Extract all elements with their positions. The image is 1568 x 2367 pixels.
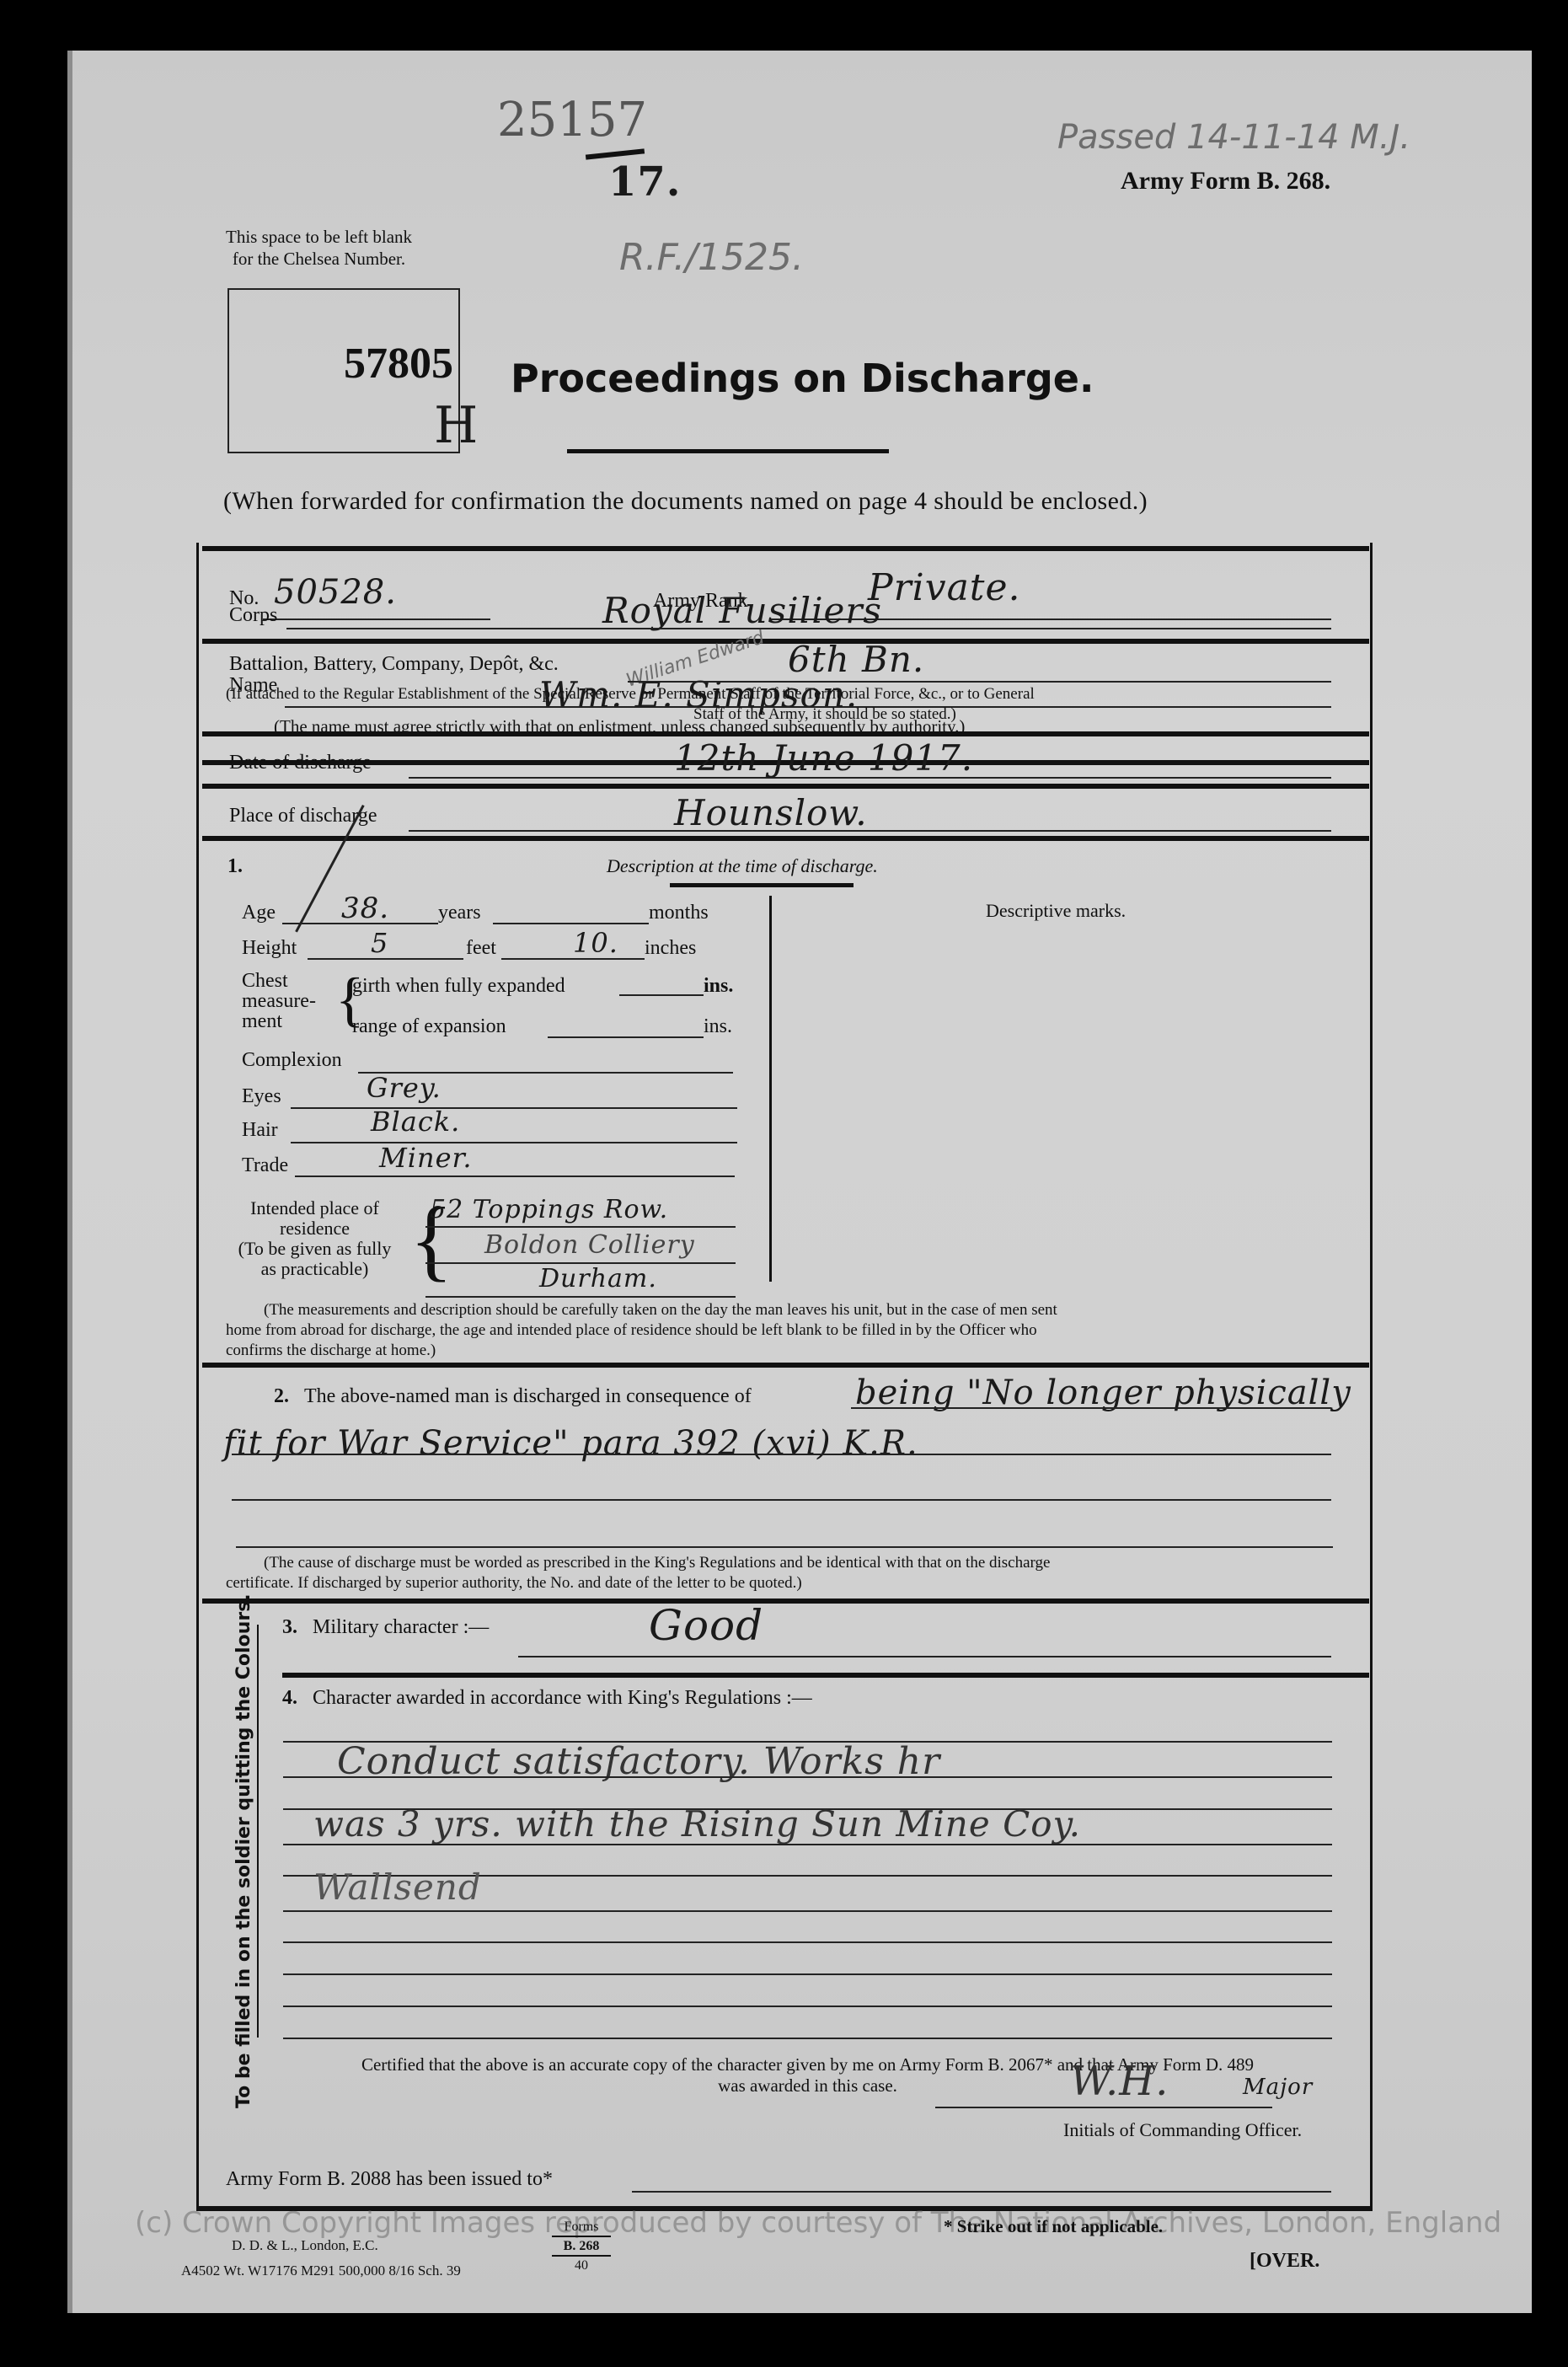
rule-after-description [202, 1363, 1369, 1368]
complexion-label: Complexion [242, 1049, 342, 1072]
reference-number-top: 25157 [497, 93, 647, 147]
residence-line3 [425, 1296, 736, 1298]
rule-after-place [202, 836, 1369, 841]
forms-number: B. 268 [552, 2236, 611, 2257]
inches-label: inches [645, 937, 696, 960]
hair-label: Hair [242, 1119, 278, 1142]
section-2-label: 2.The above-named man is discharged in c… [274, 1385, 752, 1408]
range-line [548, 1036, 704, 1038]
range-ins-label: ins. [704, 1015, 732, 1038]
battalion-note: (If attached to the Regular Establishmen… [226, 684, 1035, 725]
range-label: range of expansion [352, 1015, 506, 1038]
hair-value: Black. [371, 1106, 460, 1138]
description-note-line2: home from abroad for discharge, the age … [226, 1320, 1057, 1341]
battalion-note-line2: Staff of the Army, it should be so state… [226, 704, 1035, 725]
description-note-line1: (The measurements and description should… [226, 1300, 1057, 1320]
residence-line2-value: Boldon Colliery [484, 1230, 695, 1260]
forwarding-instruction: (When forwarded for confirmation the doc… [223, 487, 1148, 516]
cause-line2 [232, 1454, 1331, 1455]
residence-label-line1: Intended place of [224, 1198, 405, 1218]
height-label: Height [242, 937, 297, 960]
months-label: months [649, 902, 709, 924]
corps-line [286, 628, 1331, 629]
girth-label: girth when fully expanded [352, 975, 565, 998]
section-1-number: 1. [227, 855, 243, 878]
residence-label-line3: (To be given as fully [224, 1239, 405, 1259]
cause-label: The above-named man is discharged in con… [304, 1385, 752, 1407]
residence-label: Intended place of residence (To be given… [224, 1198, 405, 1279]
army-rank-value: Private. [868, 566, 1021, 609]
years-label: years [438, 902, 481, 924]
discharge-place-value: Hounslow. [674, 792, 868, 833]
height-feet-value: 5 [371, 927, 388, 959]
corps-value: Royal Fusiliers [602, 590, 882, 631]
chest-label-line2: measure- [242, 991, 316, 1011]
trade-value: Miner. [379, 1142, 473, 1174]
eyes-label: Eyes [242, 1085, 281, 1108]
printer-imprint: D. D. & L., London, E.C. A4502 Wt. W1717… [181, 2233, 461, 2284]
strike-note: * Strike out if not applicable. [944, 2216, 1163, 2237]
description-column-divider [769, 896, 772, 1282]
age-months-line [493, 923, 649, 924]
residence-line1 [425, 1226, 736, 1228]
page-title: Proceedings on Discharge. [511, 356, 1094, 401]
printer-line2: A4502 Wt. W17176 M291 500,000 8/16 Sch. … [181, 2258, 461, 2284]
eyes-value: Grey. [367, 1072, 442, 1104]
feet-label: feet [466, 937, 496, 960]
form-frame-lower [196, 1601, 1373, 2208]
printer-line1: D. D. & L., London, E.C. [181, 2233, 461, 2258]
rule-after-date [202, 784, 1369, 789]
title-underline [567, 449, 889, 453]
cause-note-line1: (The cause of discharge must be worded a… [226, 1553, 1050, 1573]
reference-number-bottom: 17. [608, 158, 682, 206]
chelsea-note: This space to be left blank for the Chel… [226, 226, 412, 270]
pencil-note-passed: Passed 14-11-14 M.J. [1057, 118, 1410, 157]
rule-after-rank [202, 639, 1369, 644]
eyes-line [291, 1107, 737, 1109]
description-heading: Description at the time of discharge. [607, 855, 878, 877]
descriptive-marks-label: Descriptive marks. [986, 900, 1126, 922]
cause-note-line2: certificate. If discharged by superior a… [226, 1573, 1050, 1593]
residence-label-line2: residence [224, 1218, 405, 1239]
residence-line1-value: 52 Toppings Row. [430, 1195, 668, 1224]
forms-stack: Forms B. 268 40 [552, 2218, 611, 2274]
trade-line [295, 1175, 735, 1177]
rule-before-date [202, 731, 1369, 736]
description-heading-underline [670, 883, 854, 887]
residence-label-line4: as practicable) [224, 1259, 405, 1279]
frame-top-rule [202, 546, 1369, 551]
description-note: (The measurements and description should… [226, 1300, 1057, 1361]
chest-label-line3: ment [242, 1011, 316, 1031]
discharge-place-line [409, 830, 1331, 832]
chest-label: Chest measure- ment [242, 971, 316, 1031]
battalion-note-line1: (If attached to the Regular Establishmen… [226, 684, 1035, 704]
corps-label: Corps [229, 604, 277, 627]
pencil-reference: R.F./1525. [619, 236, 804, 279]
over-label: [OVER. [1250, 2250, 1319, 2273]
service-number-value: 50528. [274, 573, 397, 612]
cause-line4 [236, 1546, 1333, 1548]
chelsea-note-line1: This space to be left blank [226, 226, 412, 248]
hair-line [291, 1142, 737, 1143]
forms-label: Forms [552, 2218, 611, 2236]
age-years-value: 38. [341, 892, 389, 925]
chelsea-number: 57805 [344, 339, 453, 388]
form-number: Army Form B. 268. [1121, 167, 1330, 195]
girth-ins-label: ins. [704, 975, 733, 998]
chest-label-line1: Chest [242, 971, 316, 991]
cause-line3 [232, 1499, 1331, 1501]
age-label: Age [242, 902, 276, 924]
height-inches-value: 10. [573, 927, 618, 959]
chelsea-mark: H [434, 396, 479, 455]
battalion-value: 6th Bn. [788, 639, 924, 680]
battalion-label: Battalion, Battery, Company, Depôt, &c. [229, 653, 559, 676]
residence-line3-value: Durham. [539, 1264, 657, 1293]
description-note-line3: confirms the discharge at home.) [226, 1341, 1057, 1361]
cause-note: (The cause of discharge must be worded a… [226, 1553, 1050, 1593]
girth-line [619, 994, 704, 996]
discharge-date-value: 12th June 1917. [674, 737, 973, 779]
cause-value-line2: fit for War Service" para 392 (xvi) K.R. [223, 1424, 918, 1463]
forms-sub: 40 [552, 2257, 611, 2274]
section-2-number: 2. [274, 1385, 289, 1407]
height-feet-line [308, 958, 463, 960]
trade-label: Trade [242, 1154, 288, 1177]
discharge-date-label: Date of discharge [229, 752, 372, 774]
cause-line1 [851, 1407, 1331, 1409]
service-number-line [263, 619, 490, 620]
battalion-line [628, 681, 1331, 683]
age-years-line [282, 923, 438, 924]
chelsea-note-line2: for the Chelsea Number. [226, 248, 412, 270]
discharge-date-line [409, 777, 1331, 779]
